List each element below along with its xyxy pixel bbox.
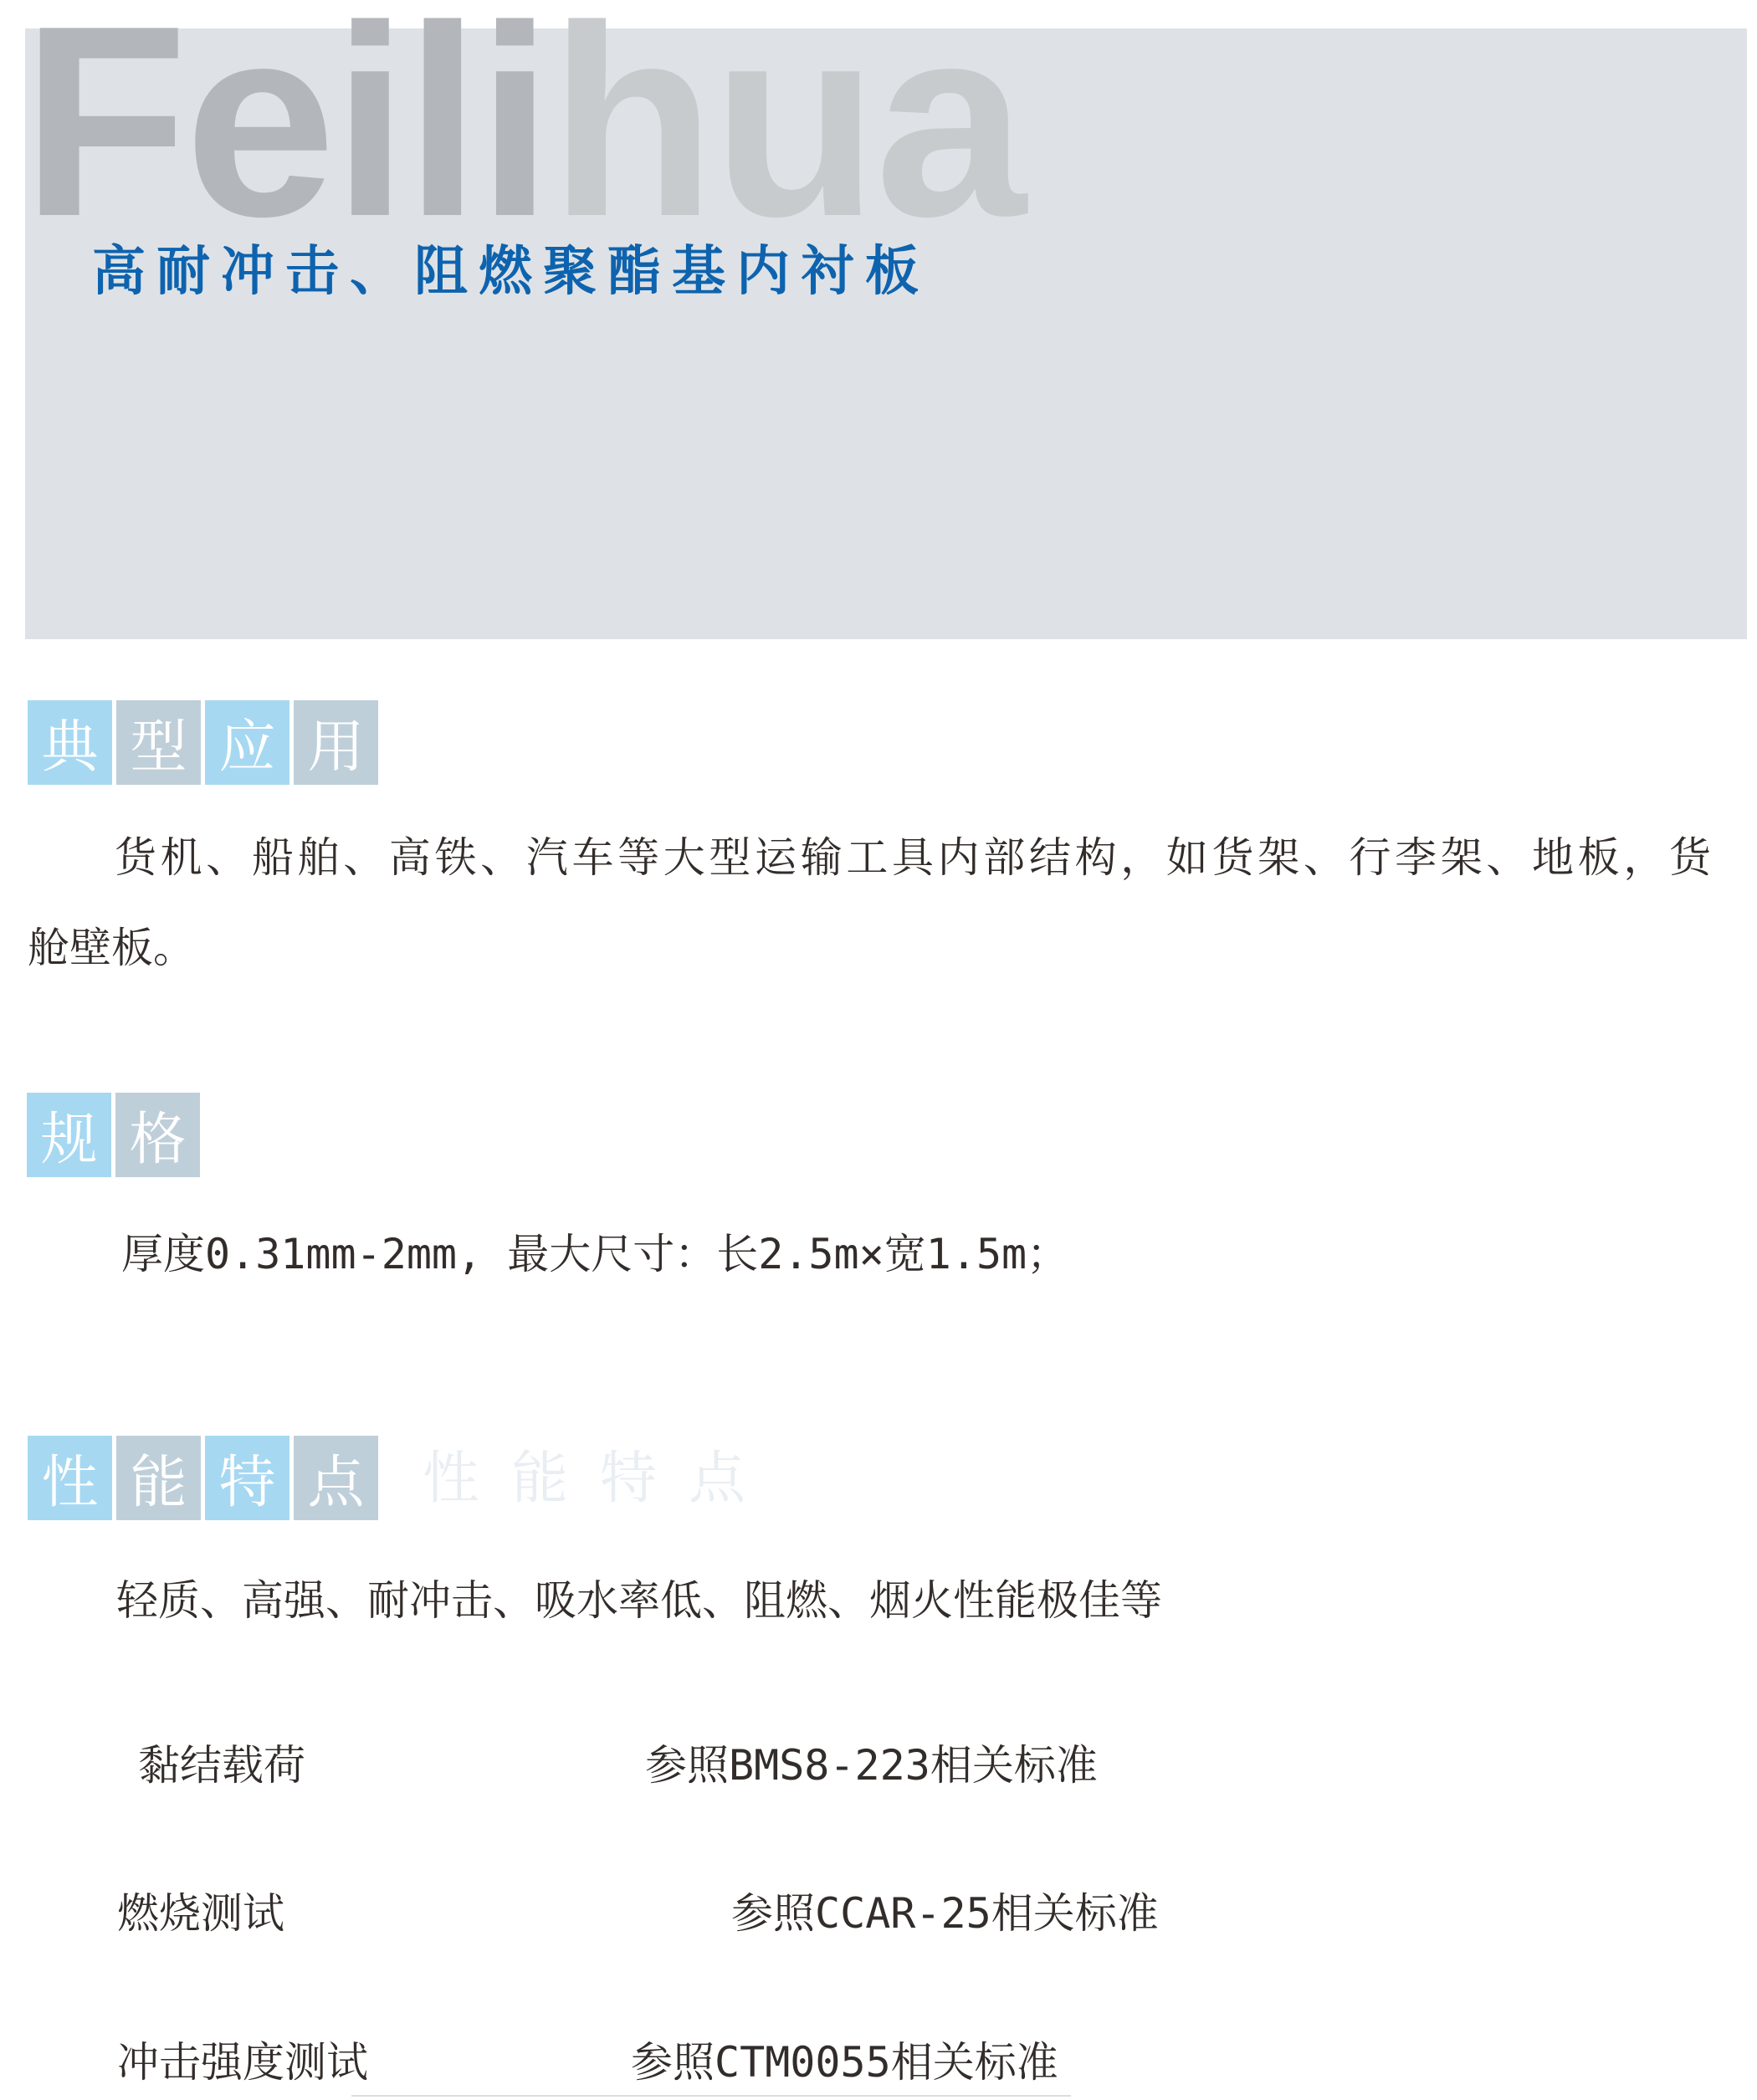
header-char-box: 点	[294, 1436, 378, 1520]
spec-line: 厚度0.31mm-2mm, 最大尺寸：长2.5m×宽1.5m；	[121, 1230, 1068, 1278]
test-label: 冲击强度测试	[117, 2038, 368, 2087]
brochure-page: Feilihua 高耐冲击、阻燃聚酯基内衬板 典 型 应 用 货机、船舶、高铁、…	[0, 0, 1757, 2100]
test-row: 黏结载荷 参照BMS8-223相关标准	[0, 1741, 1757, 1791]
test-label: 燃烧测试	[117, 1889, 284, 1938]
test-row: 燃烧测试 参照CCAR-25相关标准	[0, 1889, 1757, 1939]
test-value: 参照CCAR-25相关标准	[731, 1889, 1159, 1938]
applications-paragraph-line-2: 舱壁板。	[28, 924, 195, 972]
section-header-features: 性 能 特 点	[28, 1436, 378, 1520]
test-row: 冲击强度测试 参照CTM0055相关标准	[0, 2038, 1757, 2088]
applications-paragraph-line-1: 货机、船舶、高铁、汽车等大型运输工具内部结构，如货架、行李架、地板，货	[28, 833, 1711, 882]
brand-logo-light: hua	[550, 0, 1023, 273]
header-char-box: 型	[116, 700, 201, 785]
section-header-ghost-text: 性能特点	[423, 1442, 777, 1514]
brand-logo-bold: Feili	[22, 0, 550, 273]
header-char-box: 能	[116, 1436, 201, 1520]
header-char-box: 格	[115, 1093, 200, 1177]
header-char-box: 性	[28, 1436, 112, 1520]
test-value: 参照BMS8-223相关标准	[645, 1741, 1098, 1790]
section-header-specs: 规 格	[27, 1093, 200, 1177]
table-top-border	[351, 2095, 1071, 2097]
header-char-box: 应	[205, 700, 289, 785]
page-title: 高耐冲击、阻燃聚酯基内衬板	[92, 241, 930, 301]
header-char-box: 特	[205, 1436, 289, 1520]
header-char-box: 典	[28, 700, 112, 785]
header-char-box: 用	[294, 700, 378, 785]
test-value: 参照CTM0055相关标准	[631, 2038, 1058, 2087]
brand-logo: Feilihua	[22, 0, 1023, 257]
section-header-applications: 典 型 应 用	[28, 700, 378, 785]
test-label: 黏结载荷	[138, 1741, 305, 1790]
header-char-box: 规	[27, 1093, 111, 1177]
feature-line: 轻质、高强、耐冲击、吸水率低、阻燃、烟火性能极佳等	[116, 1576, 1162, 1625]
